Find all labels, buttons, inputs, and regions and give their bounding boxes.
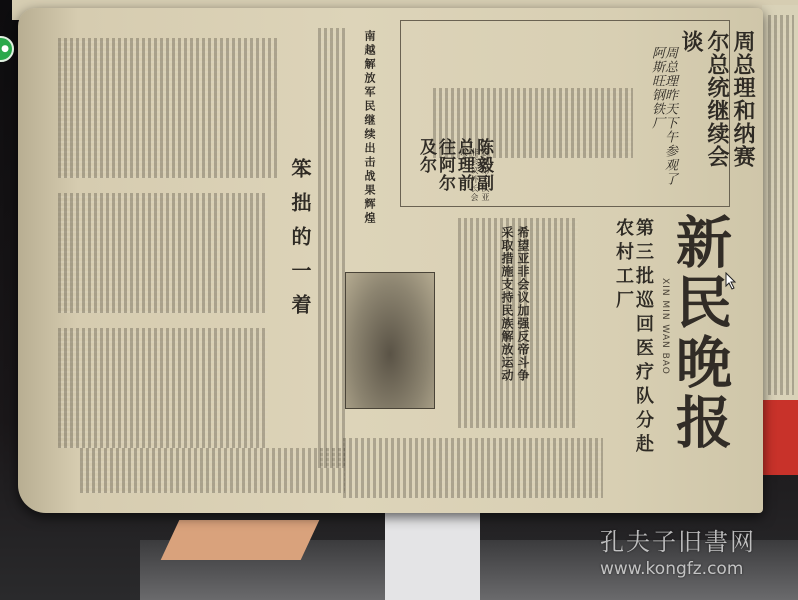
subhead-afro-asian: 采取措施支持民族解放运动 [500, 226, 514, 396]
headline-vietnam: 南越解放军民继续出击战果辉煌 [363, 30, 375, 270]
adjacent-page-strip [762, 5, 798, 400]
masthead-pinyin: XIN MIN WAN BAO [660, 278, 670, 375]
headline-lead: 周总理和纳赛尔总统继续会谈 [678, 30, 756, 180]
watermark-url: www.kongfz.com [600, 559, 756, 579]
text-block [58, 193, 268, 313]
news-photo [345, 272, 435, 409]
text-block [80, 448, 345, 493]
headline-afro-asian: 希望亚非会议加强反帝斗争 [516, 226, 530, 396]
headline-medical-team: 第三批巡回医疗队分赴农村工厂 [613, 218, 653, 478]
text-block [343, 438, 603, 498]
text-block [58, 38, 278, 178]
subhead-vice-premier: 参加第二次亚非会议外长会议 [458, 148, 491, 208]
newspaper-page: 周总理和纳赛尔总统继续会谈 周总理昨天下午参观了阿斯旺钢铁厂 陈毅副总理前往阿尔… [18, 8, 763, 513]
watermark-name: 孔夫子旧書网 [600, 522, 756, 557]
column-title: 笨拙的一着 [286, 158, 315, 398]
text-block [318, 28, 346, 468]
mouse-cursor-icon [725, 272, 737, 294]
masthead: 新民晚报 [672, 213, 728, 453]
red-book-spine [762, 395, 798, 475]
white-card [385, 505, 480, 600]
text-block [58, 328, 268, 448]
subhead-lead: 周总理昨天下午参观了阿斯旺钢铁厂 [650, 46, 676, 186]
orange-paper-corner [161, 520, 320, 560]
watermark: 孔夫子旧書网 www.kongfz.com [600, 522, 756, 579]
